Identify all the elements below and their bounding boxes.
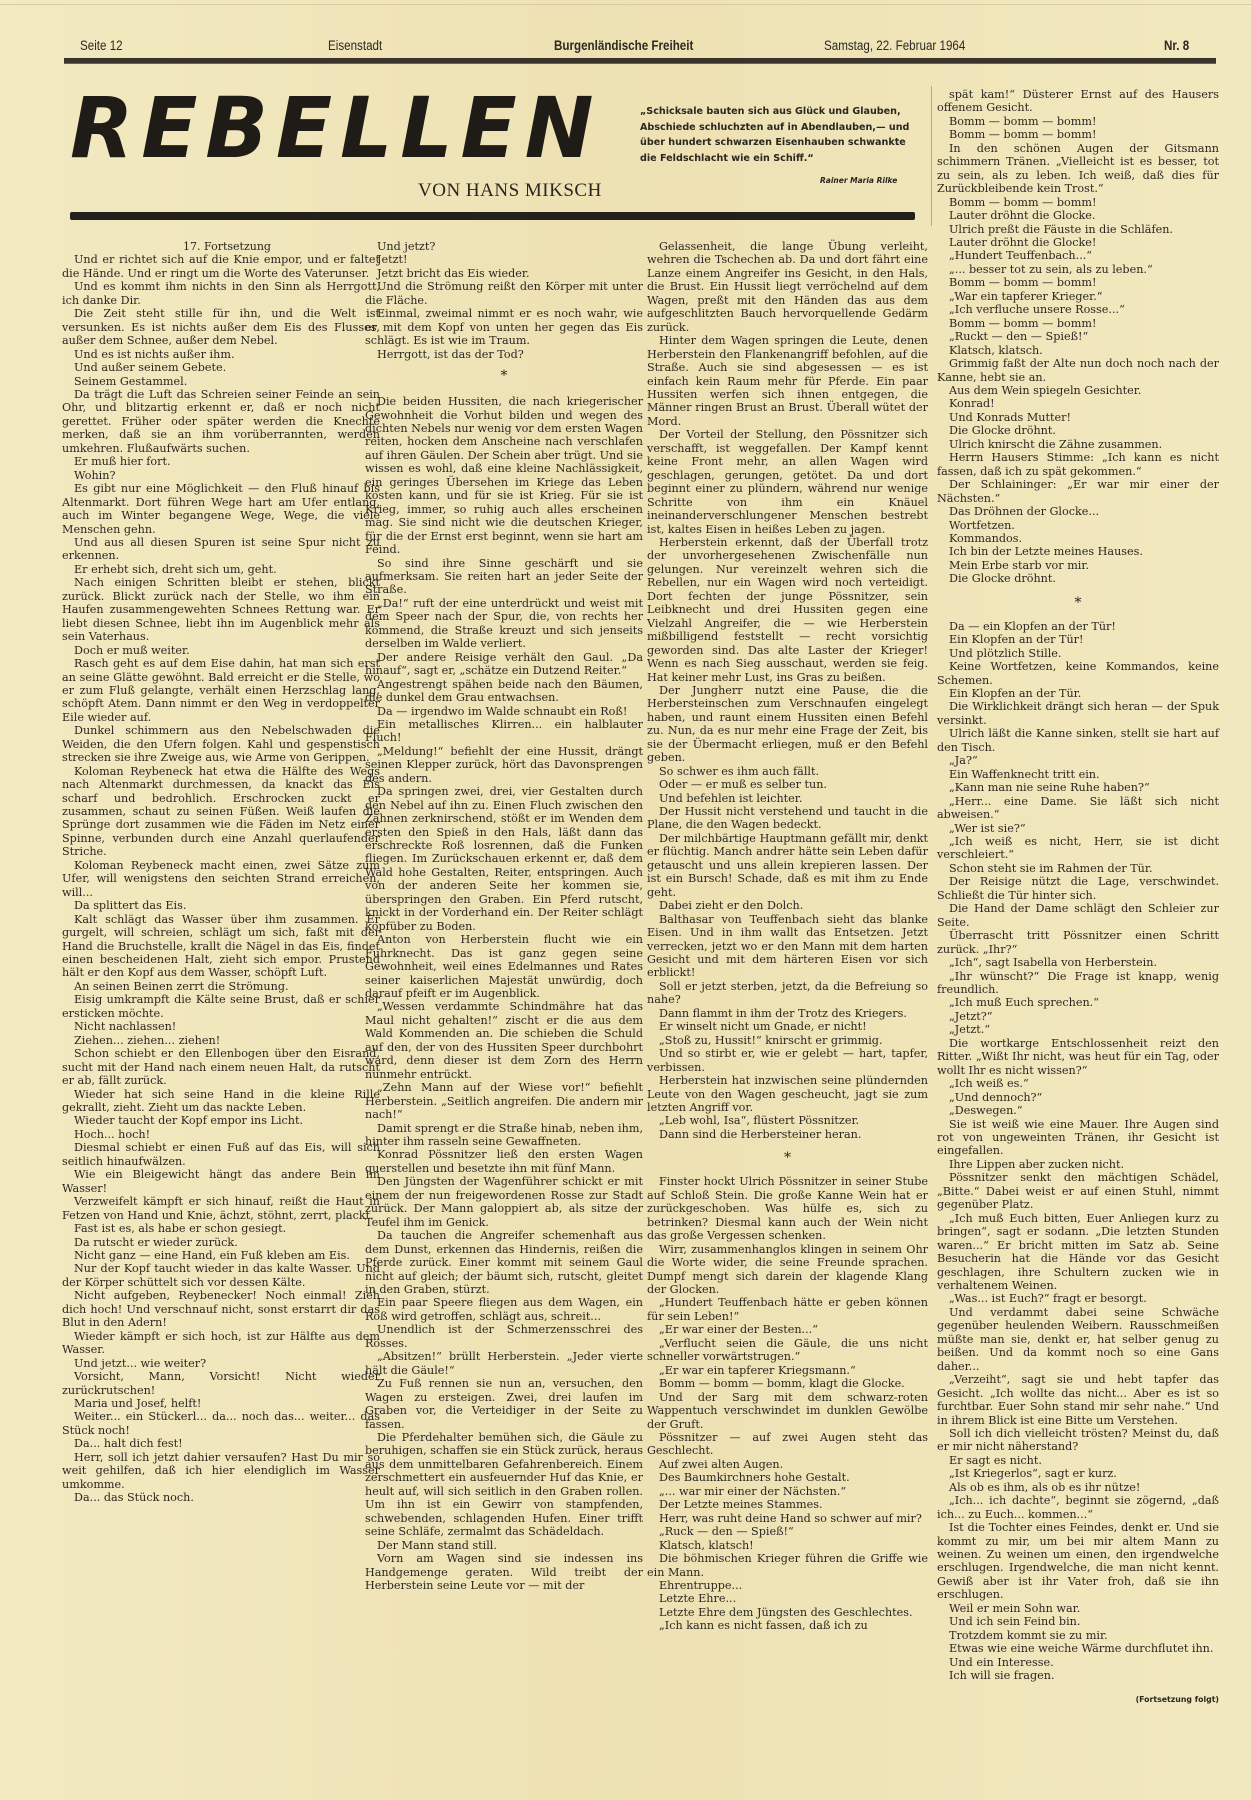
paragraph: Wirr, zusammenhanglos klingen in seinem … — [647, 1243, 928, 1297]
paragraph: Und ein Interesse. — [937, 1656, 1219, 1669]
paragraph: Gelassenheit, die lange Übung verleiht, … — [647, 240, 928, 334]
paragraph: Und der Sarg mit dem schwarz-roten Wappe… — [647, 1391, 928, 1431]
paragraph: „Ich weiß es.“ — [937, 1077, 1219, 1090]
paragraph: „Ruck — den — Spieß!“ — [647, 1525, 928, 1538]
paragraph: „War ein tapferer Krieger.“ — [937, 290, 1219, 303]
issue-date: Samstag, 22. Februar 1964 — [824, 38, 965, 53]
masthead: Seite 12 Eisenstadt Burgenländische Frei… — [60, 38, 1220, 56]
paragraph: Wohin? — [62, 469, 380, 482]
paragraph: „Meldung!“ befiehlt der eine Hussit, drä… — [365, 745, 643, 785]
paragraph: Bomm — bomm — bomm! — [937, 276, 1219, 289]
paragraph: Und verdammt dabei seine Schwäche gegenü… — [937, 1306, 1219, 1373]
paragraph: Der Hussit nicht verstehend und taucht i… — [647, 805, 928, 832]
paragraph: Die Wirklichkeit drängt sich heran — der… — [937, 700, 1219, 727]
paragraph: Nach einigen Schritten bleibt er stehen,… — [62, 576, 380, 643]
paragraph: Bomm — bomm — bomm! — [937, 115, 1219, 128]
paragraph: Hoch... hoch! — [62, 1128, 380, 1141]
paragraph: Doch er muß weiter. — [62, 644, 380, 657]
paragraph: Die wortkarge Entschlossenheit reizt den… — [937, 1037, 1219, 1077]
paragraph: Nicht ganz — eine Hand, ein Fuß kleben a… — [62, 1249, 380, 1262]
paragraph: Und es ist nichts außer ihm. — [62, 348, 380, 361]
city: Eisenstadt — [328, 38, 382, 53]
paragraph: Als ob es ihm, als ob es ihr nütze! — [937, 1481, 1219, 1494]
paragraph: „Ich weiß es nicht, Herr, sie ist dicht … — [937, 835, 1219, 862]
paragraph: Da — irgendwo im Walde schnaubt ein Roß! — [365, 705, 643, 718]
paragraph: „Und dennoch?“ — [937, 1091, 1219, 1104]
paragraph: Ulrich preßt die Fäuste in die Schläfen. — [937, 223, 1219, 236]
section-separator: * — [937, 592, 1219, 614]
paragraph: Wieder taucht der Kopf empor ins Licht. — [62, 1114, 380, 1127]
paragraph: Ziehen... ziehen... ziehen! — [62, 1034, 380, 1047]
column-3-body-b: Finster hockt Ulrich Pössnitzer in seine… — [647, 1175, 928, 1632]
paragraph: Ein Waffenknecht tritt ein. — [937, 768, 1219, 781]
paragraph: Ich will sie fragen. — [937, 1669, 1219, 1682]
paragraph: „Ich kann es nicht fassen, daß ich zu — [647, 1619, 928, 1632]
column-2: Und jetzt?Jetzt!Jetzt bricht das Eis wie… — [365, 240, 643, 1592]
paragraph: Damit sprengt er die Straße hinab, neben… — [365, 1122, 643, 1149]
paragraph: Und außer seinem Gebete. — [62, 361, 380, 374]
paragraph: Bomm — bomm — bomm, klagt die Glocke. — [647, 1377, 928, 1390]
paragraph: „Absitzen!“ brüllt Herberstein. „Jeder v… — [365, 1350, 643, 1377]
paragraph: Herrgott, ist das der Tod? — [365, 348, 643, 361]
paragraph: Und aus all diesen Spuren ist seine Spur… — [62, 536, 380, 563]
paragraph: Ein Klopfen an der Tür! — [937, 633, 1219, 646]
paragraph: „Ich verfluche unsere Rosse...“ — [937, 303, 1219, 316]
paragraph: So schwer es ihm auch fällt. — [647, 765, 928, 778]
paragraph: Ehrentruppe... — [647, 1579, 928, 1592]
paragraph: Herr, soll ich jetzt dahier versaufen? H… — [62, 1451, 380, 1491]
column-4: spät kam!“ Düsterer Ernst auf des Hauser… — [937, 88, 1219, 1706]
paragraph: Nur der Kopf taucht wieder in das kalte … — [62, 1262, 380, 1289]
paragraph: Bomm — bomm — bomm! — [937, 196, 1219, 209]
installment-label: 17. Fortsetzung — [62, 240, 380, 253]
paragraph: Diesmal schiebt er einen Fuß auf das Eis… — [62, 1141, 380, 1168]
paragraph: „Er war ein tapferer Kriegsmann.“ — [647, 1364, 928, 1377]
paragraph: „Deswegen.“ — [937, 1104, 1219, 1117]
paragraph: „Herr... eine Dame. Sie läßt sich nicht … — [937, 795, 1219, 822]
paragraph: „Ist Kriegerlos“, sagt er kurz. — [937, 1467, 1219, 1480]
section-separator: * — [365, 365, 643, 387]
paragraph: Pössnitzer senkt den mächtigen Schädel, … — [937, 1171, 1219, 1211]
paragraph: Konrad! — [937, 397, 1219, 410]
paragraph: Den Jüngsten der Wagenführer schickt er … — [365, 1175, 643, 1229]
article-title: REBELLEN — [70, 86, 601, 170]
paragraph: In den schönen Augen der Gitsmann schimm… — [937, 142, 1219, 196]
paragraph: Fast ist es, als habe er schon gesiegt. — [62, 1222, 380, 1235]
column-4-body-b: Da — ein Klopfen an der Tür!Ein Klopfen … — [937, 620, 1219, 1683]
paragraph: Soll er jetzt sterben, jetzt, da die Bef… — [647, 980, 928, 1007]
paragraph: Bomm — bomm — bomm! — [937, 128, 1219, 141]
paragraph: Ihre Lippen aber zucken nicht. — [937, 1158, 1219, 1171]
paragraph: Trotzdem kommt sie zu mir. — [937, 1629, 1219, 1642]
paragraph: Balthasar von Teuffenbach sieht das blan… — [647, 913, 928, 980]
page-number: Seite 12 — [80, 38, 123, 53]
paragraph: Der milchbärtige Hauptmann gefällt mir, … — [647, 832, 928, 899]
paragraph: Herr, was ruht deine Hand so schwer auf … — [647, 1512, 928, 1525]
paragraph: Herberstein erkennt, daß der Überfall tr… — [647, 536, 928, 684]
motto-author: Rainer Maria Rilke — [820, 176, 897, 185]
paragraph: Er muß hier fort. — [62, 455, 380, 468]
paragraph: Aus dem Wein spiegeln Gesichter. — [937, 384, 1219, 397]
paragraph: Zu Fuß rennen sie nun an, versuchen, den… — [365, 1377, 643, 1431]
paragraph: Klatsch, klatsch. — [937, 344, 1219, 357]
paragraph: Kalt schlägt das Wasser über ihm zusamme… — [62, 913, 380, 980]
paragraph: Es gibt nur eine Möglichkeit — den Fluß … — [62, 482, 380, 536]
paragraph: „Hundert Teuffenbach hätte er geben könn… — [647, 1296, 928, 1323]
paragraph: „... war mir einer der Nächsten.“ — [647, 1485, 928, 1498]
paragraph: „Da!“ ruft der eine unterdrückt und weis… — [365, 597, 643, 651]
paragraph: „Zehn Mann auf der Wiese vor!“ befiehlt … — [365, 1081, 643, 1121]
paragraph: Koloman Reybeneck macht einen, zwei Sätz… — [62, 859, 380, 899]
paragraph: Und ich sein Feind bin. — [937, 1615, 1219, 1628]
paragraph: Und jetzt? — [365, 240, 643, 253]
paragraph: Mein Erbe starb vor mir. — [937, 559, 1219, 572]
column-3-body-a: Gelassenheit, die lange Übung verleiht, … — [647, 240, 928, 1141]
paragraph: Letzte Ehre dem Jüngsten des Geschlechte… — [647, 1606, 928, 1619]
paragraph: Dann flammt in ihm der Trotz des Krieger… — [647, 1007, 928, 1020]
continued-note: (Fortsetzung folgt) — [937, 1693, 1219, 1706]
paragraph: „Verflucht seien die Gäule, die uns nich… — [647, 1337, 928, 1364]
paragraph: Einmal, zweimal nimmt er es noch wahr, w… — [365, 307, 643, 347]
paragraph: Lauter dröhnt die Glocke. — [937, 209, 1219, 222]
paragraph: Die Hand der Dame schlägt den Schleier z… — [937, 902, 1219, 929]
paragraph: Der Vorteil der Stellung, den Pössnitzer… — [647, 428, 928, 536]
paragraph: Wortfetzen. — [937, 519, 1219, 532]
paragraph: „Stoß zu, Hussit!“ knirscht er grimmig. — [647, 1034, 928, 1047]
paragraph: Da — ein Klopfen an der Tür! — [937, 620, 1219, 633]
paragraph: Der Schlaininger: „Er war mir einer der … — [937, 478, 1219, 505]
paragraph: „Ich... ich dachte“, beginnt sie zögernd… — [937, 1494, 1219, 1521]
paragraph: Da trägt die Luft das Schreien seiner Fe… — [62, 388, 380, 455]
column-2-body-b: Die beiden Hussiten, die nach kriegerisc… — [365, 395, 643, 1592]
paragraph: Er winselt nicht um Gnade, er nicht! — [647, 1020, 928, 1033]
column-2-body-a: Und jetzt?Jetzt!Jetzt bricht das Eis wie… — [365, 240, 643, 361]
paragraph: Bomm — bomm — bomm! — [937, 317, 1219, 330]
paragraph: Wie ein Bleigewicht hängt das andere Bei… — [62, 1168, 380, 1195]
article-byline: VON HANS MIKSCH — [418, 180, 602, 202]
paragraph: Und so stirbt er, wie er gelebt — hart, … — [647, 1047, 928, 1074]
paragraph: Klatsch, klatsch! — [647, 1539, 928, 1552]
paragraph: „... besser tot zu sein, als zu leben.“ — [937, 263, 1219, 276]
paragraph: Koloman Reybeneck hat etwa die Hälfte de… — [62, 765, 380, 859]
section-separator: * — [647, 1147, 928, 1169]
paragraph: Sie ist weiß wie eine Mauer. Ihre Augen … — [937, 1118, 1219, 1158]
paragraph: Jetzt bricht das Eis wieder. — [365, 267, 643, 280]
paragraph: Pössnitzer — auf zwei Augen steht das Ge… — [647, 1431, 928, 1458]
paragraph: An seinen Beinen zerrt die Strömung. — [62, 980, 380, 993]
paragraph: Maria und Josef, helft! — [62, 1397, 380, 1410]
paragraph: Und befehlen ist leichter. — [647, 792, 928, 805]
article-motto: „Schicksale bauten sich aus Glück und Gl… — [640, 104, 920, 166]
paragraph: Rasch geht es auf dem Eise dahin, hat ma… — [62, 657, 380, 724]
paragraph: Etwas wie eine weiche Wärme durchflutet … — [937, 1642, 1219, 1655]
paragraph: Jetzt! — [365, 253, 643, 266]
paragraph: Da... halt dich fest! — [62, 1437, 380, 1450]
paragraph: Und jetzt... wie weiter? — [62, 1357, 380, 1370]
paragraph: Kommandos. — [937, 532, 1219, 545]
paragraph: Oder — er muß es selber tun. — [647, 778, 928, 791]
paragraph: „Ja?“ — [937, 754, 1219, 767]
paragraph: „Wessen verdammte Schindmähre hat das Ma… — [365, 1000, 643, 1081]
paragraph: „Jetzt.“ — [937, 1023, 1219, 1036]
paragraph: Schon steht sie im Rahmen der Tür. — [937, 862, 1219, 875]
paragraph: Die Glocke dröhnt. — [937, 424, 1219, 437]
paragraph: Ist die Tochter eines Feindes, denkt er.… — [937, 1521, 1219, 1602]
paragraph: „Kann man nie seine Ruhe haben?“ — [937, 781, 1219, 794]
paragraph: Die böhmischen Krieger führen die Griffe… — [647, 1552, 928, 1579]
paragraph: Weiter... ein Stückerl... da... noch das… — [62, 1410, 380, 1437]
paragraph: Auf zwei alten Augen. — [647, 1458, 928, 1471]
paragraph: Seinem Gestammel. — [62, 375, 380, 388]
paragraph: Grimmig faßt der Alte nun doch noch nach… — [937, 357, 1219, 384]
paragraph: Und er richtet sich auf die Knie empor, … — [62, 253, 380, 280]
paragraph: Er sagt es nicht. — [937, 1454, 1219, 1467]
column-1-body: Und er richtet sich auf die Knie empor, … — [62, 253, 380, 1504]
paragraph: Und die Strömung reißt den Körper mit un… — [365, 280, 643, 307]
paragraph: Dunkel schimmern aus den Nebelschwaden d… — [62, 724, 380, 764]
paragraph: Des Baumkirchners hohe Gestalt. — [647, 1471, 928, 1484]
column-3: Gelassenheit, die lange Übung verleiht, … — [647, 240, 928, 1633]
paragraph: „Was... ist Euch?“ fragt er besorgt. — [937, 1292, 1219, 1305]
paragraph: Herrn Hausers Stimme: „Ich kann es nicht… — [937, 451, 1219, 478]
paragraph: Ein Klopfen an der Tür. — [937, 687, 1219, 700]
paragraph: „Verzeiht“, sagt sie und hebt tapfer das… — [937, 1373, 1219, 1427]
newspaper-name: Burgenländische Freiheit — [554, 38, 693, 53]
paragraph: Die Zeit steht stille für ihn, und die W… — [62, 307, 380, 347]
paragraph: Und es kommt ihm nichts in den Sinn als … — [62, 280, 380, 307]
paragraph: Die Glocke dröhnt. — [937, 572, 1219, 585]
paragraph: Ulrich läßt die Kanne sinken, stellt sie… — [937, 727, 1219, 754]
paragraph: Der Reisige nützt die Lage, verschwindet… — [937, 875, 1219, 902]
paragraph: So sind ihre Sinne geschärft und sie auf… — [365, 557, 643, 597]
paragraph: „Ich muß Euch bitten, Euer Anliegen kurz… — [937, 1212, 1219, 1293]
paragraph: Vorsicht, Mann, Vorsicht! Nicht wieder z… — [62, 1370, 380, 1397]
paragraph: Ein metallisches Klirren... ein halblaut… — [365, 718, 643, 745]
newspaper-page: Seite 12 Eisenstadt Burgenländische Frei… — [0, 0, 1251, 1800]
paragraph: spät kam!“ Düsterer Ernst auf des Hauser… — [937, 88, 1219, 115]
paragraph: Wieder kämpft er sich hoch, ist zur Hälf… — [62, 1330, 380, 1357]
title-rule — [70, 212, 915, 220]
paragraph: Keine Wortfetzen, keine Kommandos, keine… — [937, 660, 1219, 687]
paragraph: Da splittert das Eis. — [62, 899, 380, 912]
paragraph: Angestrengt spähen beide nach den Bäumen… — [365, 678, 643, 705]
paragraph: Der Mann stand still. — [365, 1539, 643, 1552]
paragraph: Hinter dem Wagen springen die Leute, den… — [647, 334, 928, 428]
paragraph: Der Letzte meines Stammes. — [647, 1498, 928, 1511]
column-4-body-a: spät kam!“ Düsterer Ernst auf des Hauser… — [937, 88, 1219, 586]
paragraph: „Leb wohl, Isa“, flüstert Pössnitzer. — [647, 1114, 928, 1127]
paragraph: Das Dröhnen der Glocke... — [937, 505, 1219, 518]
column-1: 17. Fortsetzung Und er richtet sich auf … — [62, 240, 380, 1505]
paragraph: „Ich muß Euch sprechen.“ — [937, 996, 1219, 1009]
paragraph: Dabei zieht er den Dolch. — [647, 899, 928, 912]
paragraph: Wieder hat sich seine Hand in die kleine… — [62, 1088, 380, 1115]
paragraph: Weil er mein Sohn war. — [937, 1602, 1219, 1615]
paragraph: „Ruckt — den — Spieß!“ — [937, 330, 1219, 343]
paragraph: Nicht aufgeben, Reybenecker! Noch einmal… — [62, 1289, 380, 1329]
paragraph: Der andere Reisige verhält den Gaul. „Da… — [365, 651, 643, 678]
paragraph: Und plötzlich Stille. — [937, 647, 1219, 660]
paragraph: Da tauchen die Angreifer schemenhaft aus… — [365, 1229, 643, 1296]
paragraph: Ich bin der Letzte meines Hauses. — [937, 545, 1219, 558]
paragraph: Ulrich knirscht die Zähne zusammen. — [937, 438, 1219, 451]
paragraph: Verzweifelt kämpft er sich hinauf, reißt… — [62, 1195, 380, 1222]
page-edge-line — [0, 4, 1251, 5]
paragraph: Unendlich ist der Schmerzensschrei des R… — [365, 1323, 643, 1350]
paragraph: Er erhebt sich, dreht sich um, geht. — [62, 563, 380, 576]
paragraph: „Er war einer der Besten...“ — [647, 1323, 928, 1336]
paragraph: Eisig umkrampft die Kälte seine Brust, d… — [62, 993, 380, 1020]
paragraph: Überrascht tritt Pössnitzer einen Schrit… — [937, 929, 1219, 956]
paragraph: Nicht nachlassen! — [62, 1020, 380, 1033]
paragraph: Die beiden Hussiten, die nach kriegerisc… — [365, 395, 643, 556]
paragraph: Die Pferdehalter bemühen sich, die Gäule… — [365, 1431, 643, 1539]
paragraph: Und Konrads Mutter! — [937, 411, 1219, 424]
paragraph: Da springen zwei, drei, vier Gestalten d… — [365, 785, 643, 933]
issue-number: Nr. 8 — [1164, 38, 1189, 53]
paragraph: „Jetzt?“ — [937, 1010, 1219, 1023]
paragraph: Letzte Ehre... — [647, 1592, 928, 1605]
paragraph: Vorn am Wagen sind sie indessen ins Hand… — [365, 1552, 643, 1592]
paragraph: Dann sind die Herbersteiner heran. — [647, 1128, 928, 1141]
paragraph: Herberstein hat inzwischen seine plünder… — [647, 1074, 928, 1114]
paragraph: Da... das Stück noch. — [62, 1491, 380, 1504]
paragraph: „Ich“, sagt Isabella von Herberstein. — [937, 956, 1219, 969]
paragraph: „Hundert Teuffenbach...“ — [937, 249, 1219, 262]
paragraph: Konrad Pössnitzer ließ den ersten Wagen … — [365, 1148, 643, 1175]
paragraph: Da rutscht er wieder zurück. — [62, 1236, 380, 1249]
column-separator — [931, 86, 932, 226]
paragraph: Schon schiebt er den Ellenbogen über den… — [62, 1047, 380, 1087]
paragraph: Ein paar Speere fliegen aus dem Wagen, e… — [365, 1296, 643, 1323]
paragraph: Lauter dröhnt die Glocke! — [937, 236, 1219, 249]
masthead-rule — [64, 58, 1216, 64]
paragraph: Der Jungherr nutzt eine Pause, die die H… — [647, 684, 928, 765]
paragraph: „Ihr wünscht?“ Die Frage ist knapp, weni… — [937, 970, 1219, 997]
paragraph: Soll ich dich vielleicht trösten? Meinst… — [937, 1427, 1219, 1454]
paragraph: Anton von Herberstein flucht wie ein Fuh… — [365, 933, 643, 1000]
paragraph: Finster hockt Ulrich Pössnitzer in seine… — [647, 1175, 928, 1242]
paragraph: „Wer ist sie?“ — [937, 822, 1219, 835]
